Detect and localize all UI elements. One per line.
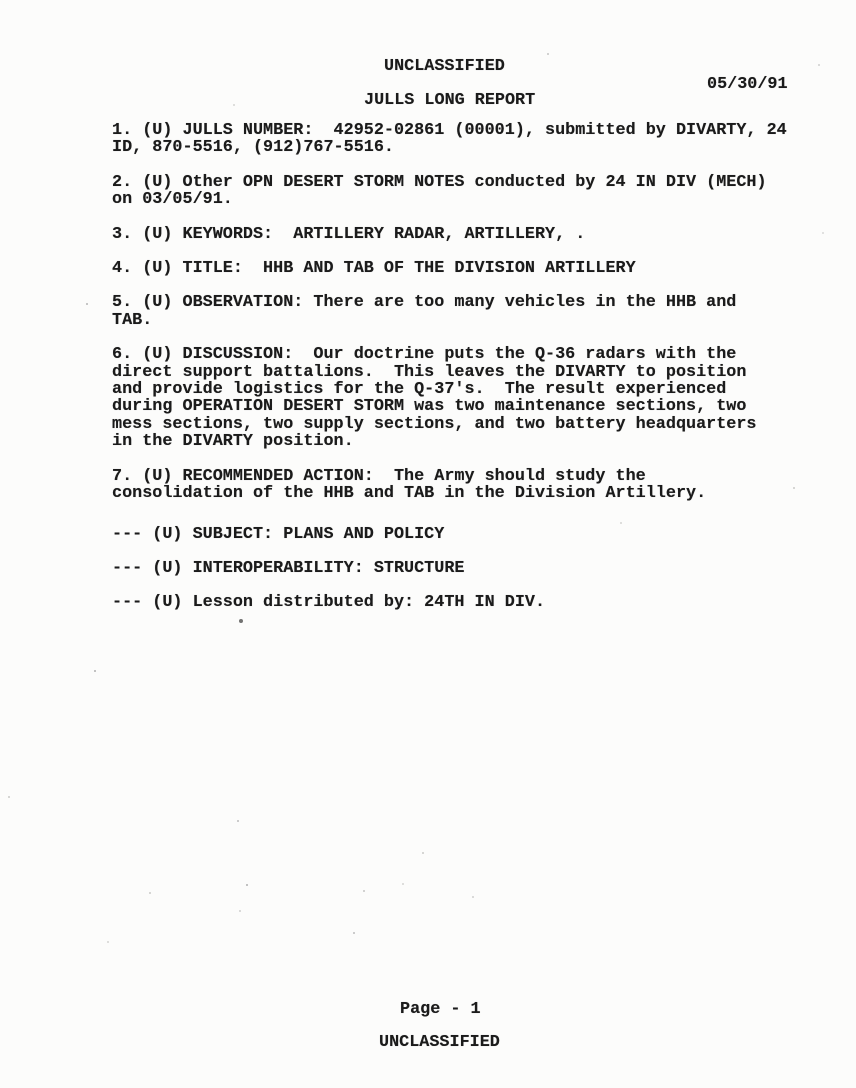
distribution-section: --- (U) SUBJECT: PLANS AND POLICY --- (U… — [112, 526, 816, 612]
distribution-line-subject: --- (U) SUBJECT: PLANS AND POLICY — [112, 526, 816, 543]
distribution-line-distributed-by: --- (U) Lesson distributed by: 24TH IN D… — [112, 594, 816, 611]
paragraph-title: 4. (U) TITLE: HHB AND TAB OF THE DIVISIO… — [112, 260, 816, 277]
distribution-line-interoperability: --- (U) INTEROPERABILITY: STRUCTURE — [112, 560, 816, 577]
scan-noise-layer — [0, 0, 2, 2]
paragraph-keywords: 3. (U) KEYWORDS: ARTILLERY RADAR, ARTILL… — [112, 226, 816, 243]
header-classification: UNCLASSIFIED — [384, 58, 505, 75]
paragraph-observation: 5. (U) OBSERVATION: There are too many v… — [112, 294, 816, 329]
footer-page-number: Page - 1 — [400, 1001, 481, 1018]
paragraph-recommended-action: 7. (U) RECOMMENDED ACTION: The Army shou… — [112, 468, 816, 503]
paragraph-julls-number: 1. (U) JULLS NUMBER: 42952-02861 (00001)… — [112, 122, 816, 157]
report-body: 1. (U) JULLS NUMBER: 42952-02861 (00001)… — [112, 122, 816, 629]
paragraph-discussion: 6. (U) DISCUSSION: Our doctrine puts the… — [112, 346, 816, 450]
report-date: 05/30/91 — [707, 76, 788, 93]
scanned-page: UNCLASSIFIED 05/30/91 JULLS LONG REPORT … — [0, 0, 856, 1088]
footer-classification: UNCLASSIFIED — [379, 1034, 500, 1051]
paragraph-event: 2. (U) Other OPN DESERT STORM NOTES cond… — [112, 174, 816, 209]
report-title: JULLS LONG REPORT — [364, 92, 535, 109]
